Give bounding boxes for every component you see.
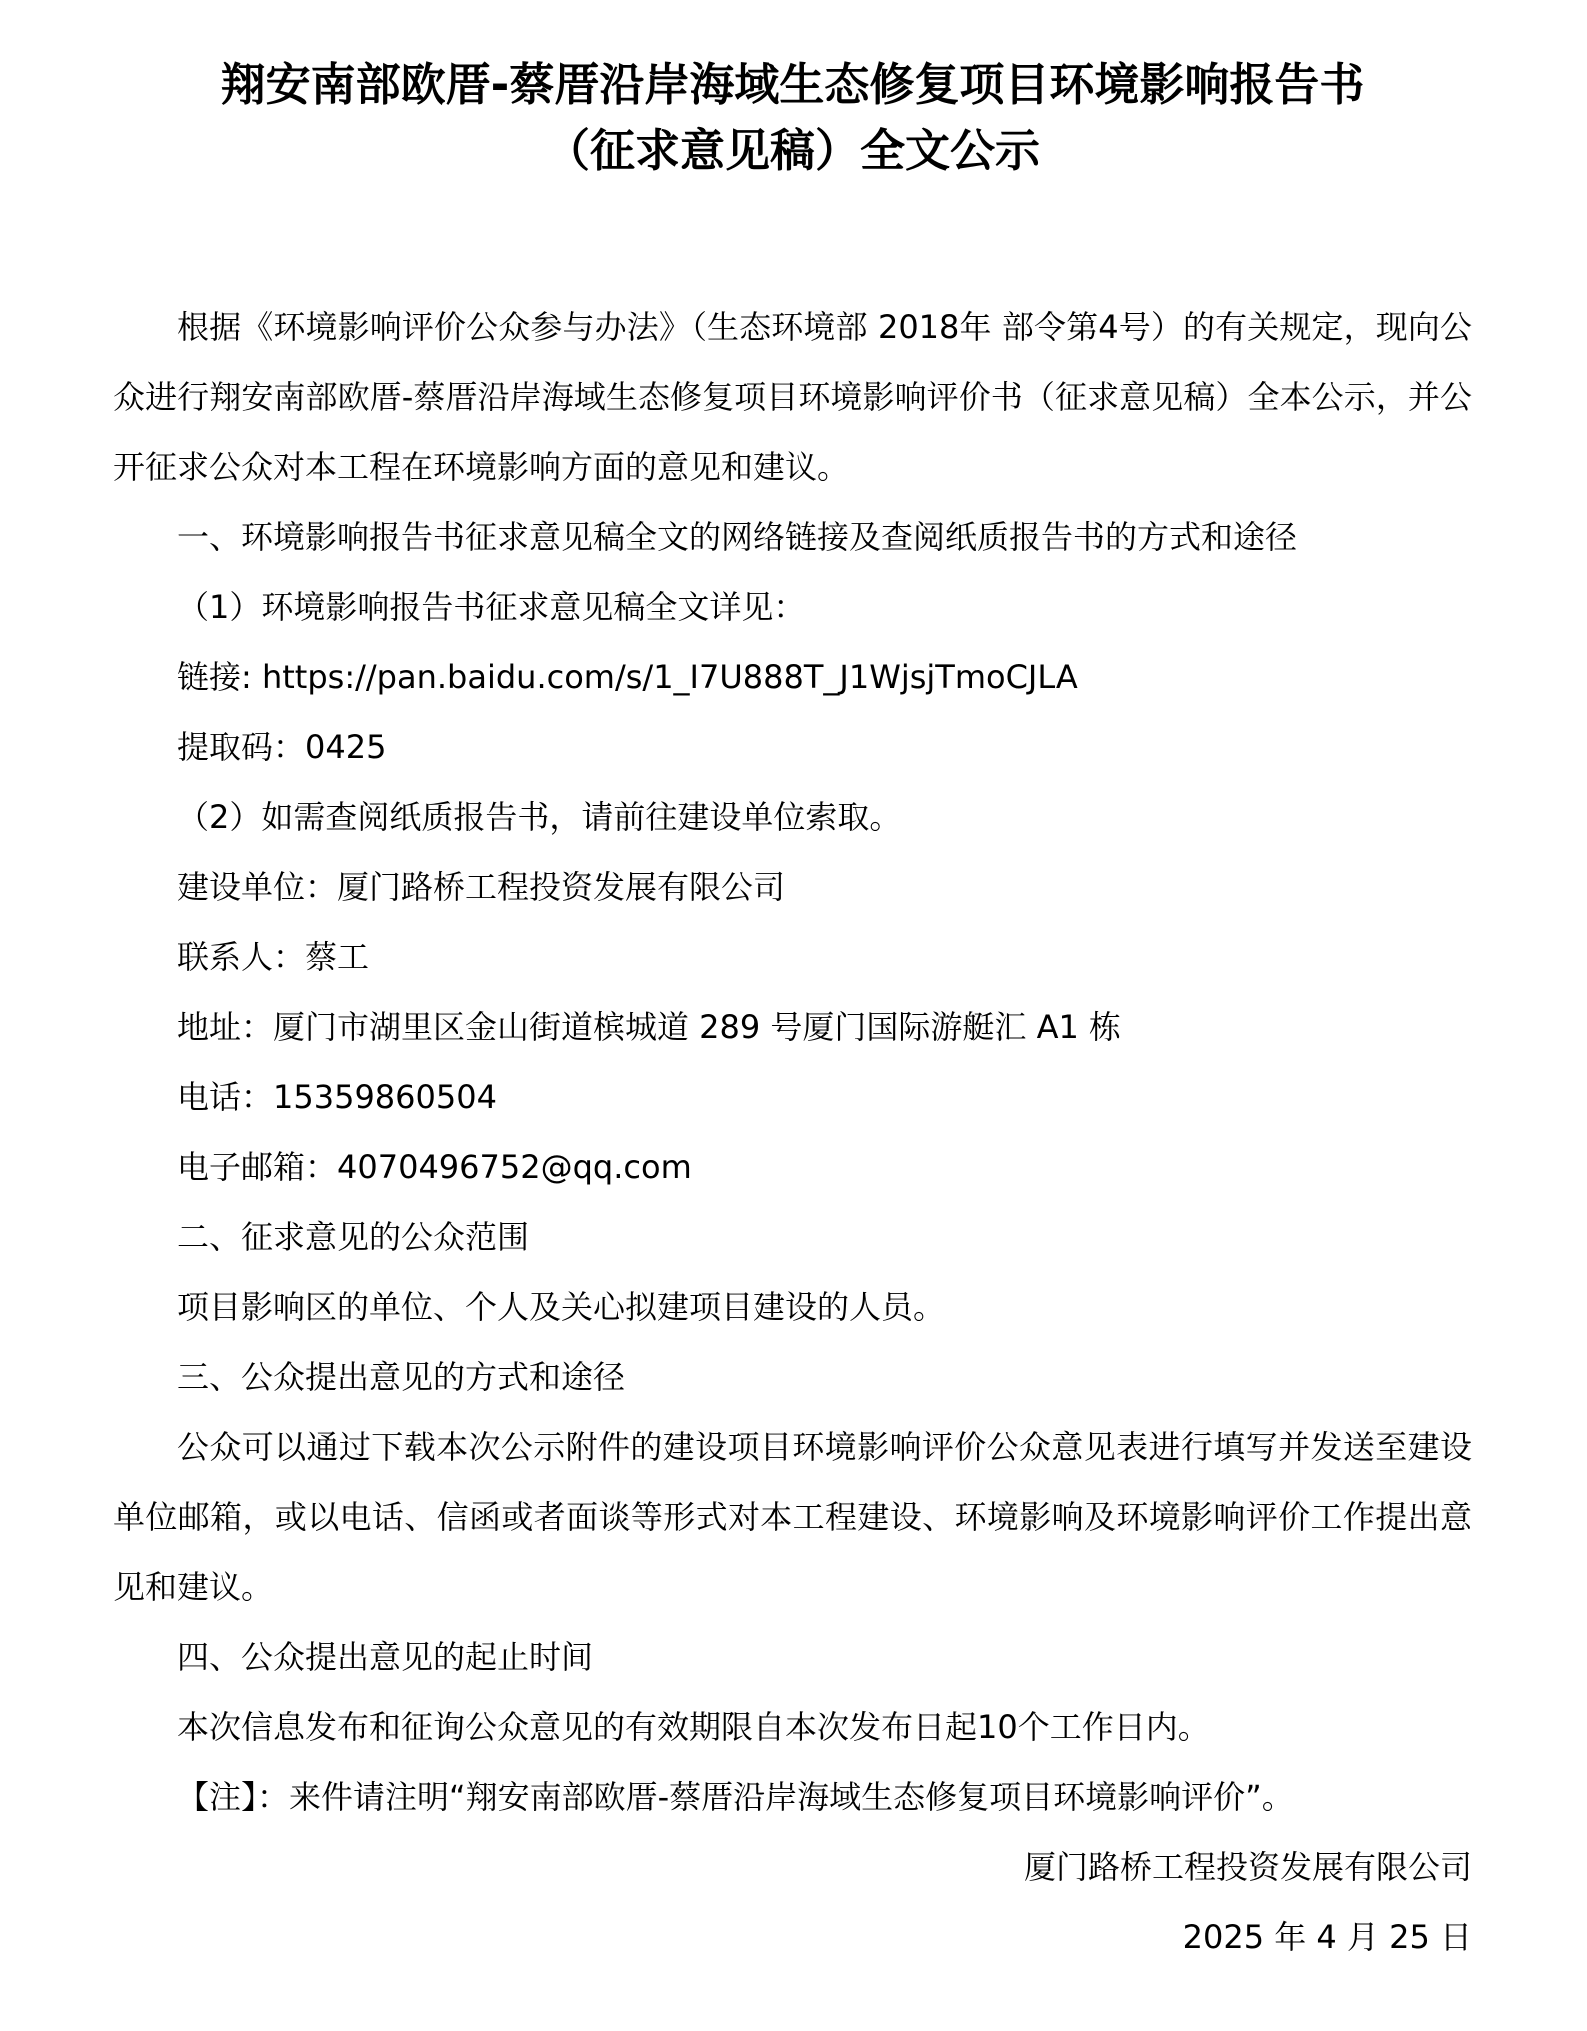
document-title-line1: 翔安南部欧厝-蔡厝沿岸海域生态修复项目环境影响报告书	[113, 52, 1472, 118]
paragraph: 三、公众提出意见的方式和途径	[113, 1342, 1472, 1412]
paragraph: 2025 年 4 月 25 日	[113, 1902, 1472, 1972]
paragraph: 地址：厦门市湖里区金山街道槟城道 289 号厦门国际游艇汇 A1 栋	[113, 992, 1472, 1062]
paragraph: 链接: https://pan.baidu.com/s/1_I7U888T_J1…	[113, 642, 1472, 712]
paragraph: 电话：15359860504	[113, 1062, 1472, 1132]
paragraph: 公众可以通过下载本次公示附件的建设项目环境影响评价公众意见表进行填写并发送至建设…	[113, 1412, 1472, 1622]
paragraph: 联系人：蔡工	[113, 922, 1472, 992]
paragraph: 一、环境影响报告书征求意见稿全文的网络链接及查阅纸质报告书的方式和途径	[113, 502, 1472, 572]
paragraph: 电子邮箱：4070496752@qq.com	[113, 1132, 1472, 1202]
paragraph: （2）如需查阅纸质报告书，请前往建设单位索取。	[113, 782, 1472, 852]
paragraph: 项目影响区的单位、个人及关心拟建项目建设的人员。	[113, 1272, 1472, 1342]
paragraph: 根据《环境影响评价公众参与办法》（生态环境部 2018年 部令第4号）的有关规定…	[113, 292, 1472, 502]
paragraph: 【注】：来件请注明“翔安南部欧厝-蔡厝沿岸海域生态修复项目环境影响评价”。	[113, 1762, 1472, 1832]
document-title-line2: （征求意见稿）全文公示	[113, 118, 1472, 184]
paragraph: 本次信息发布和征询公众意见的有效期限自本次发布日起10个工作日内。	[113, 1692, 1472, 1762]
paragraph: 二、征求意见的公众范围	[113, 1202, 1472, 1272]
paragraph: （1）环境影响报告书征求意见稿全文详见：	[113, 572, 1472, 642]
paragraph: 建设单位：厦门路桥工程投资发展有限公司	[113, 852, 1472, 922]
document-page: 翔安南部欧厝-蔡厝沿岸海域生态修复项目环境影响报告书 （征求意见稿）全文公示 根…	[0, 0, 1587, 2031]
paragraph: 提取码：0425	[113, 712, 1472, 782]
paragraph: 厦门路桥工程投资发展有限公司	[113, 1832, 1472, 1902]
document-title: 翔安南部欧厝-蔡厝沿岸海域生态修复项目环境影响报告书 （征求意见稿）全文公示	[113, 52, 1472, 184]
document-body: 根据《环境影响评价公众参与办法》（生态环境部 2018年 部令第4号）的有关规定…	[113, 292, 1472, 1972]
paragraph: 四、公众提出意见的起止时间	[113, 1622, 1472, 1692]
